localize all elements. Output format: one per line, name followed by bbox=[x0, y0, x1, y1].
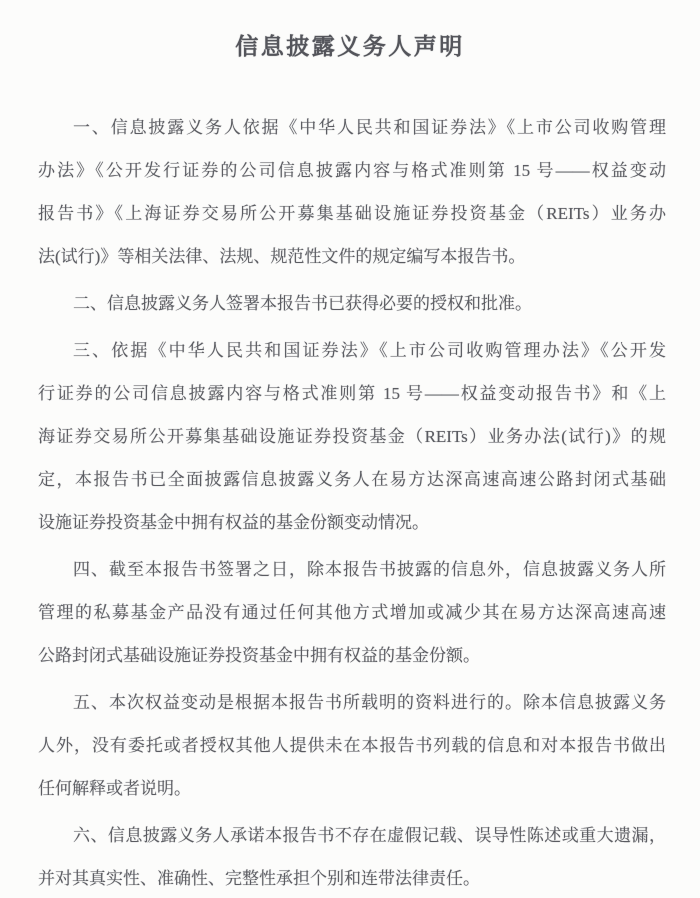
paragraph-line: 报告书》《上海证券交易所公开募集基础设施证券投资基金（REITs）业务办 bbox=[38, 192, 666, 235]
paragraph-4: 四、截至本报告书签署之日，除本报告书披露的信息外，信息披露义务人所 管理的私募基… bbox=[38, 548, 666, 677]
document-title: 信息披露义务人声明 bbox=[0, 0, 700, 62]
paragraph-line: 办法》《公开发行证券的公司信息披露内容与格式准则第 15 号——权益变动 bbox=[38, 149, 666, 192]
document-body: 一、信息披露义务人依据《中华人民共和国证券法》《上市公司收购管理 办法》《公开发… bbox=[38, 106, 666, 898]
paragraph-line: 海证券交易所公开募集基础设施证券投资基金（REITs）业务办法(试行)》的规 bbox=[38, 415, 666, 458]
paragraph-1: 一、信息披露义务人依据《中华人民共和国证券法》《上市公司收购管理 办法》《公开发… bbox=[38, 106, 666, 278]
paragraph-3: 三、依据《中华人民共和国证券法》《上市公司收购管理办法》《公开发 行证券的公司信… bbox=[38, 329, 666, 544]
paragraph-line: 一、信息披露义务人依据《中华人民共和国证券法》《上市公司收购管理 bbox=[38, 106, 666, 149]
paragraph-line: 五、本次权益变动是根据本报告书所载明的资料进行的。除本信息披露义务 bbox=[38, 681, 666, 724]
paragraph-line: 并对其真实性、准确性、完整性承担个别和连带法律责任。 bbox=[38, 857, 666, 898]
paragraph-6: 六、信息披露义务人承诺本报告书不存在虚假记载、误导性陈述或重大遗漏， 并对其真实… bbox=[38, 814, 666, 898]
paragraph-line: 管理的私募基金产品没有通过任何其他方式增加或减少其在易方达深高速高速 bbox=[38, 591, 666, 634]
paragraph-5: 五、本次权益变动是根据本报告书所载明的资料进行的。除本信息披露义务 人外，没有委… bbox=[38, 681, 666, 810]
paragraph-line: 设施证券投资基金中拥有权益的基金份额变动情况。 bbox=[38, 501, 666, 544]
paragraph-line: 三、依据《中华人民共和国证券法》《上市公司收购管理办法》《公开发 bbox=[38, 329, 666, 372]
paragraph-line: 二、信息披露义务人签署本报告书已获得必要的授权和批准。 bbox=[38, 282, 666, 325]
paragraph-line: 法(试行)》等相关法律、法规、规范性文件的规定编写本报告书。 bbox=[38, 235, 666, 278]
paragraph-line: 公路封闭式基础设施证券投资基金中拥有权益的基金份额。 bbox=[38, 634, 666, 677]
document-page: 信息披露义务人声明 一、信息披露义务人依据《中华人民共和国证券法》《上市公司收购… bbox=[0, 0, 700, 898]
paragraph-line: 任何解释或者说明。 bbox=[38, 767, 666, 810]
paragraph-line: 六、信息披露义务人承诺本报告书不存在虚假记载、误导性陈述或重大遗漏， bbox=[38, 814, 666, 857]
paragraph-line: 定，本报告书已全面披露信息披露义务人在易方达深高速高速公路封闭式基础 bbox=[38, 458, 666, 501]
paragraph-line: 四、截至本报告书签署之日，除本报告书披露的信息外，信息披露义务人所 bbox=[38, 548, 666, 591]
paragraph-2: 二、信息披露义务人签署本报告书已获得必要的授权和批准。 bbox=[38, 282, 666, 325]
paragraph-line: 行证券的公司信息披露内容与格式准则第 15 号——权益变动报告书》和《上 bbox=[38, 372, 666, 415]
paragraph-line: 人外，没有委托或者授权其他人提供未在本报告书列载的信息和对本报告书做出 bbox=[38, 724, 666, 767]
